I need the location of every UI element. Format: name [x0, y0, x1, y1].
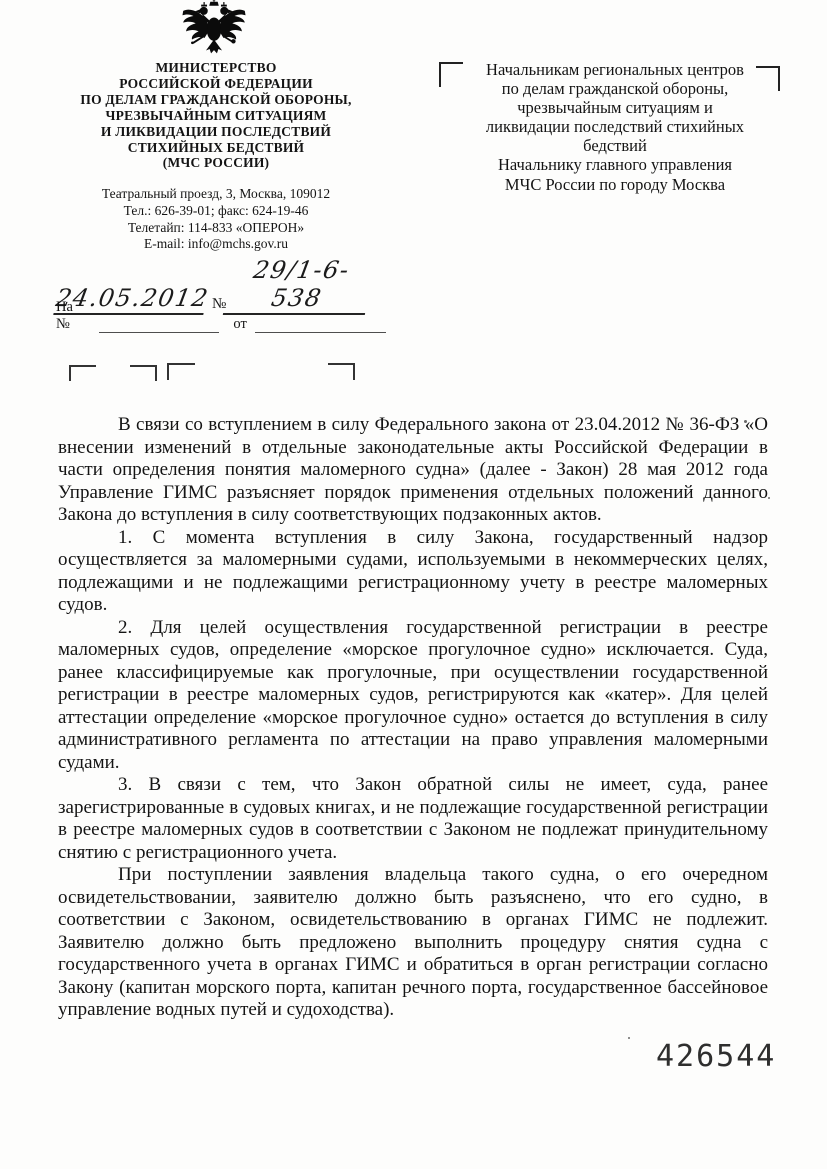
addressee-line: МЧС России по городу Москва: [437, 175, 793, 194]
addressee-block: Начальникам региональных центров по дела…: [437, 60, 793, 194]
reply-number-blank: [99, 319, 220, 333]
addressee-line: ликвидации последствий стихийных: [437, 117, 793, 136]
russia-coat-of-arms-icon: [181, 0, 247, 56]
ministry-line: МИНИСТЕРСТВО: [46, 60, 386, 76]
phone-fax: Тел.: 626-39-01; факс: 624-19-46: [46, 203, 386, 220]
ministry-line: СТИХИЙНЫХ БЕДСТВИЙ: [46, 140, 386, 156]
reply-date-blank: [255, 319, 386, 333]
scan-speck: [744, 420, 747, 423]
email: E-mail: info@mchs.gov.ru: [46, 236, 386, 253]
addressee-line: Начальнику главного управления: [437, 155, 793, 174]
body-paragraph: При поступлении заявления владельца тако…: [58, 864, 768, 1022]
body-paragraph: 1. С момента вступления в силу Закона, г…: [58, 527, 768, 617]
letter-body: В связи со вступлением в силу Федерально…: [58, 414, 768, 1022]
ministry-line: (МЧС РОССИИ): [46, 155, 386, 171]
contact-block: Театральный проезд, 3, Москва, 109012 Те…: [46, 186, 386, 252]
ministry-line: РОССИЙСКОЙ ФЕДЕРАЦИИ: [46, 76, 386, 92]
sender-block: МИНИСТЕРСТВО РОССИЙСКОЙ ФЕДЕРАЦИИ ПО ДЕЛ…: [46, 60, 386, 253]
registration-stamp-number: 426544: [656, 1039, 776, 1074]
addressee-line: бедствий: [437, 136, 793, 155]
addressee-line: чрезвычайным ситуациям и: [437, 98, 793, 117]
addressee-line: Начальникам региональных центров: [437, 60, 793, 79]
corner-bracket-left: [439, 62, 463, 87]
corner-bracket-right: [756, 66, 780, 91]
ministry-line: ПО ДЕЛАМ ГРАЖДАНСКОЙ ОБОРОНЫ,: [46, 92, 386, 108]
window-mark-top-right-2: [328, 363, 355, 380]
body-paragraph: В связи со вступлением в силу Федерально…: [58, 414, 768, 527]
addressee-line: по делам гражданской обороны,: [437, 79, 793, 98]
scan-speck: [768, 497, 770, 499]
reply-from-label: от: [233, 316, 246, 333]
ministry-name: МИНИСТЕРСТВО РОССИЙСКОЙ ФЕДЕРАЦИИ ПО ДЕЛ…: [46, 60, 386, 171]
postal-address: Театральный проезд, 3, Москва, 109012: [46, 186, 386, 203]
window-mark-top-left: [69, 365, 96, 381]
ministry-line: И ЛИКВИДАЦИИ ПОСЛЕДСТВИЙ: [46, 124, 386, 140]
scanned-letter-page: МИНИСТЕРСТВО РОССИЙСКОЙ ФЕДЕРАЦИИ ПО ДЕЛ…: [0, 0, 827, 1169]
window-mark-top-left-2: [167, 363, 195, 380]
incoming-reference-line: На № от: [56, 299, 386, 333]
teletype: Телетайп: 114-833 «ОПЕРОН»: [46, 220, 386, 237]
body-paragraph: 2. Для целей осуществления государственн…: [58, 617, 768, 775]
ministry-line: ЧРЕЗВЫЧАЙНЫМ СИТУАЦИЯМ: [46, 108, 386, 124]
window-mark-top-right: [130, 365, 157, 381]
body-paragraph: 3. В связи с тем, что Закон обратной сил…: [58, 774, 768, 864]
scan-speck: [628, 1037, 630, 1039]
reply-to-label: На №: [56, 299, 89, 333]
